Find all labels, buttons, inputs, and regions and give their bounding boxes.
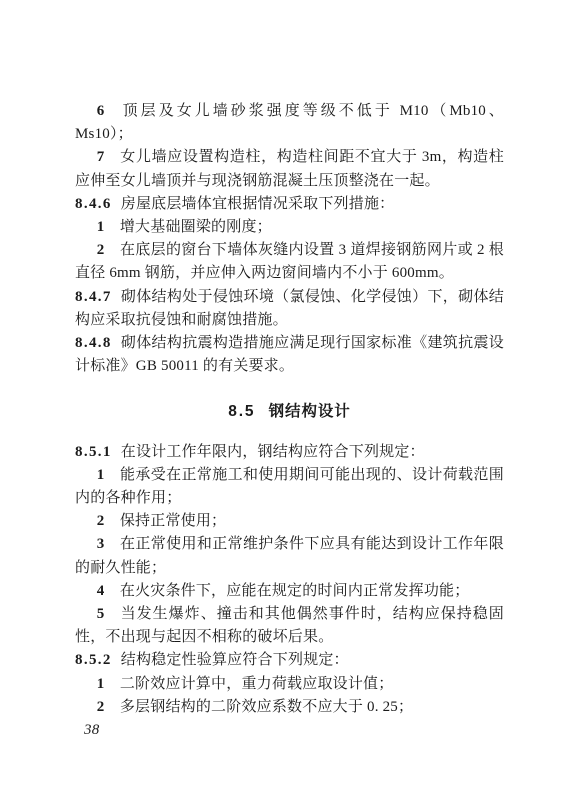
clause-text: 结构稳定性验算应符合下列规定： [121,652,349,668]
section-title: 钢结构设计 [269,403,351,420]
item-paragraph: 1增大基础圈梁的刚度； [75,216,504,239]
item-number: 2 [97,513,106,529]
item-text: 当发生爆炸、撞击和其他偶然事件时，结构应保持稳固性，不出现与起因不相称的破坏后果… [75,606,504,645]
clause-paragraph: 8.4.8砌体结构抗震构造措施应满足现行国家标准《建筑抗震设计标准》GB 500… [75,332,504,378]
section-number: 8.5 [228,403,255,420]
item-text: 女儿墙应设置构造柱，构造柱间距不宜大于 3m，构造柱应伸至女儿墙顶并与现浇钢筋混… [75,149,504,188]
clause-text: 砌体结构抗震构造措施应满足现行国家标准《建筑抗震设计标准》GB 50011 的有… [75,335,504,374]
item-text: 在火灾条件下，应能在规定的时间内正常发挥功能； [120,583,470,599]
clause-number: 8.4.8 [75,335,112,351]
clause-number: 8.4.6 [75,196,112,212]
clause-text: 在设计工作年限内，钢结构应符合下列规定： [121,444,425,460]
item-paragraph: 4在火灾条件下，应能在规定的时间内正常发挥功能； [75,580,504,603]
clause-paragraph: 8.5.1在设计工作年限内，钢结构应符合下列规定： [75,441,504,464]
clause-number: 8.4.7 [75,289,112,305]
clause-text: 砌体结构处于侵蚀环境（氯侵蚀、化学侵蚀）下，砌体结构应采取抗侵蚀和耐腐蚀措施。 [75,289,504,328]
item-text: 二阶效应计算中，重力荷载应取设计值； [120,676,394,692]
item-number: 2 [97,699,106,715]
item-number: 7 [97,149,106,165]
clause-text: 房屋底层墙体宜根据情况采取下列措施： [121,196,395,212]
clause-paragraph: 8.4.7砌体结构处于侵蚀环境（氯侵蚀、化学侵蚀）下，砌体结构应采取抗侵蚀和耐腐… [75,286,504,332]
page-number: 38 [75,719,504,742]
item-number: 1 [97,219,106,235]
item-paragraph: 1二阶效应计算中，重力荷载应取设计值； [75,673,504,696]
item-paragraph: 6顶层及女儿墙砂浆强度等级不低于 M10（Mb10、Ms10）； [75,100,504,146]
item-number: 4 [97,583,106,599]
item-paragraph: 2保持正常使用； [75,510,504,533]
page-text-block: 6顶层及女儿墙砂浆强度等级不低于 M10（Mb10、Ms10）； 7女儿墙应设置… [0,0,561,742]
item-number: 5 [97,606,106,622]
item-paragraph: 1能承受在正常施工和使用期间可能出现的、设计荷载范围内的各种作用； [75,464,504,510]
item-text: 保持正常使用； [120,513,226,529]
item-text: 能承受在正常施工和使用期间可能出现的、设计荷载范围内的各种作用； [75,467,504,506]
item-text: 增大基础圈梁的刚度； [120,219,272,235]
item-number: 6 [97,103,106,119]
item-paragraph: 2在底层的窗台下墙体灰缝内设置 3 道焊接钢筋网片或 2 根直径 6mm 钢筋，… [75,239,504,285]
clause-paragraph: 8.4.6房屋底层墙体宜根据情况采取下列措施： [75,193,504,216]
item-paragraph: 3在正常使用和正常维护条件下应具有能达到设计工作年限的耐久性能； [75,533,504,579]
clause-number: 8.5.1 [75,444,112,460]
item-text: 多层钢结构的二阶效应系数不应大于 0. 25； [120,699,413,715]
clause-paragraph: 8.5.2结构稳定性验算应符合下列规定： [75,649,504,672]
item-text: 在底层的窗台下墙体灰缝内设置 3 道焊接钢筋网片或 2 根直径 6mm 钢筋，并… [75,242,504,281]
item-paragraph: 7女儿墙应设置构造柱，构造柱间距不宜大于 3m，构造柱应伸至女儿墙顶并与现浇钢筋… [75,146,504,192]
item-number: 1 [97,467,106,483]
item-number: 3 [97,536,106,552]
item-text: 在正常使用和正常维护条件下应具有能达到设计工作年限的耐久性能； [75,536,504,575]
item-number: 1 [97,676,106,692]
clause-number: 8.5.2 [75,652,112,668]
item-paragraph: 5当发生爆炸、撞击和其他偶然事件时，结构应保持稳固性，不出现与起因不相称的破坏后… [75,603,504,649]
item-paragraph: 2多层钢结构的二阶效应系数不应大于 0. 25； [75,696,504,719]
item-number: 2 [97,242,106,258]
section-heading: 8.5钢结构设计 [75,400,504,423]
document-page: 6顶层及女儿墙砂浆强度等级不低于 M10（Mb10、Ms10）； 7女儿墙应设置… [0,0,561,804]
item-text: 顶层及女儿墙砂浆强度等级不低于 M10（Mb10、Ms10）； [75,103,504,142]
